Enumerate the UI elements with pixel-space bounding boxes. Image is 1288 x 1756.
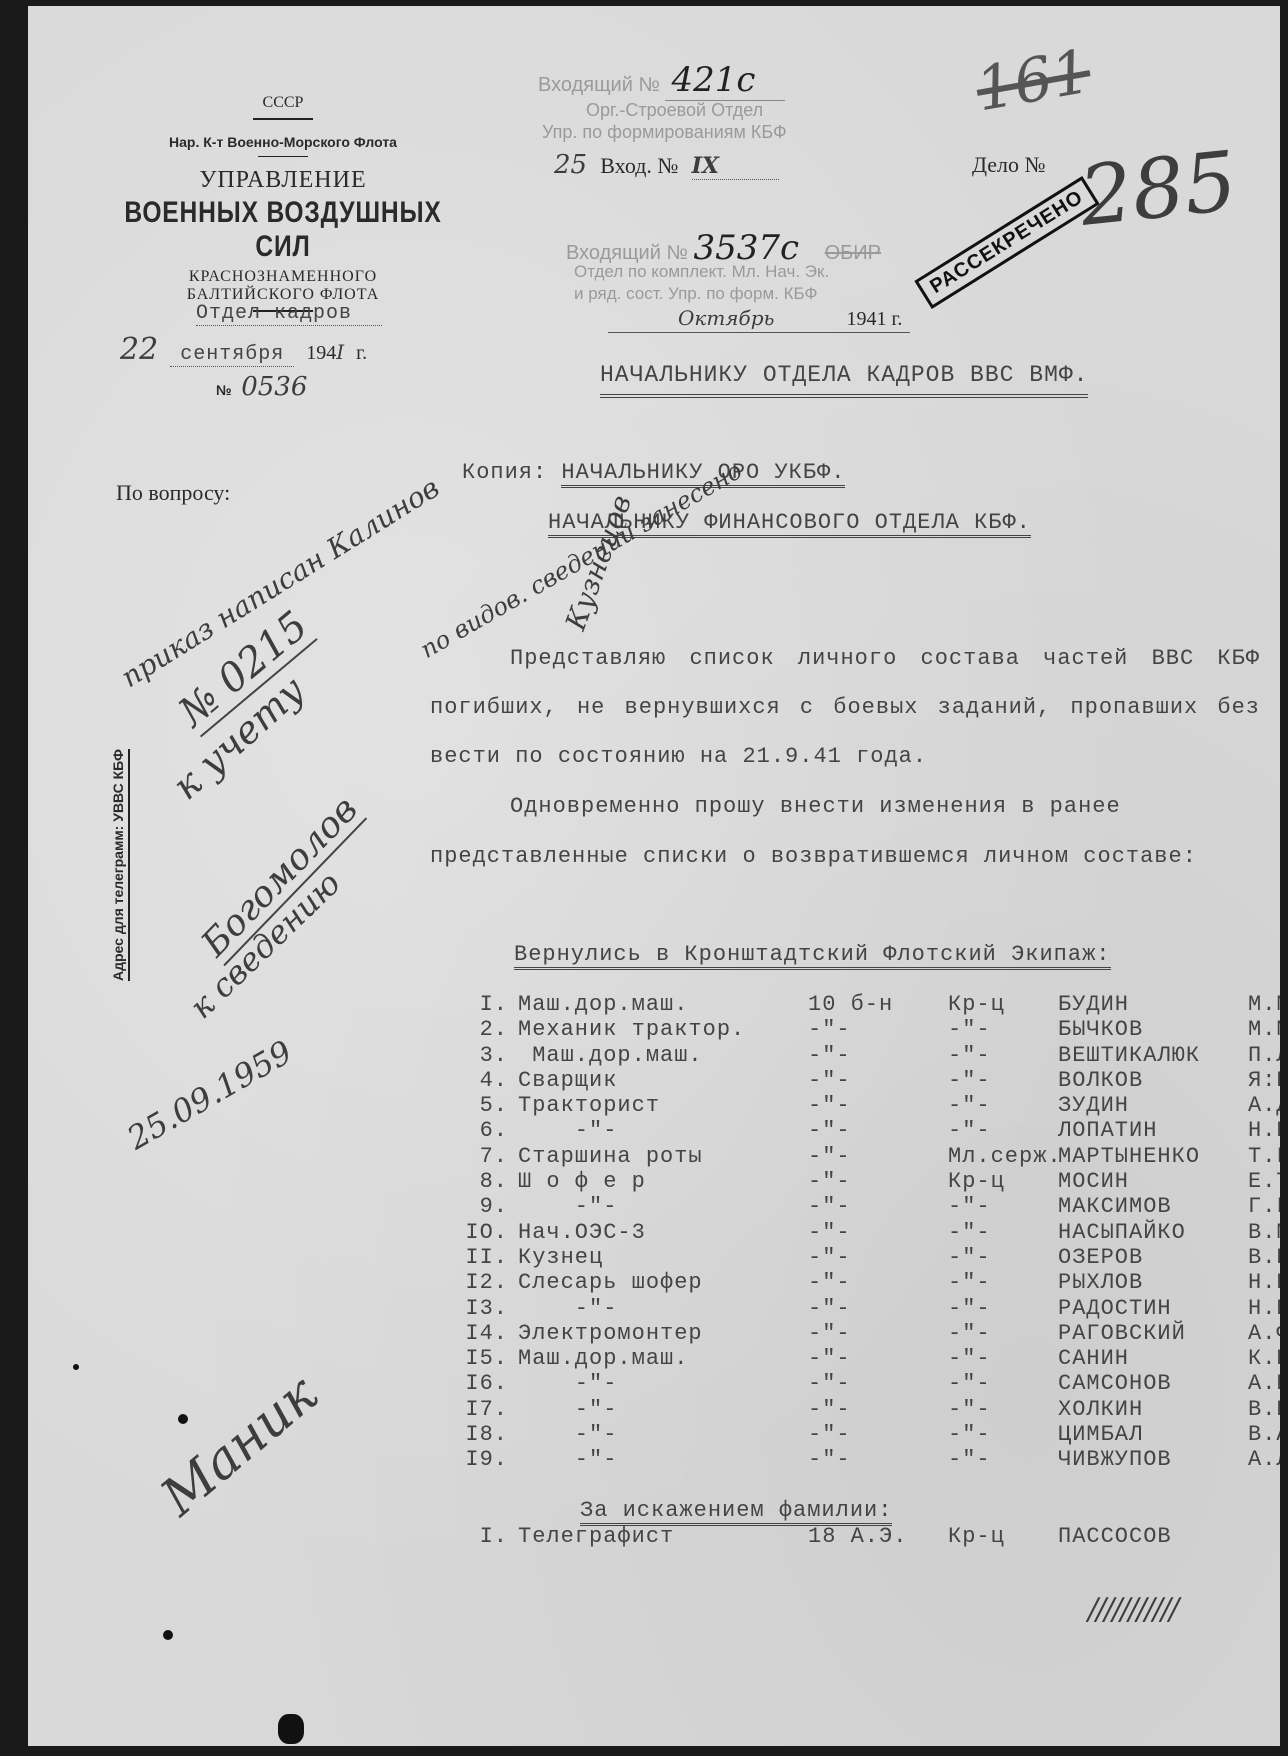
divider bbox=[258, 156, 308, 157]
cell-position: -"- bbox=[518, 1118, 808, 1143]
cell-initials: Н.И. bbox=[1248, 1270, 1280, 1295]
cell-num: 8. bbox=[448, 1169, 518, 1194]
cell-unit: 18 А.Э. bbox=[808, 1524, 948, 1549]
cell-initials: Н.И. bbox=[1248, 1118, 1280, 1143]
binding-hole bbox=[163, 1630, 173, 1640]
body-paragraph-2: Одновременно прошу внести изменения в ра… bbox=[430, 782, 1260, 882]
cell-initials: А.Д. bbox=[1248, 1093, 1280, 1118]
cell-surname: РЫХЛОВ bbox=[1058, 1270, 1248, 1295]
cell-rank: Кр-ц bbox=[948, 992, 1058, 1017]
document-page: СССР Нар. К-т Военно-Морского Флота УПРА… bbox=[28, 6, 1280, 1746]
cell-num: I9. bbox=[448, 1447, 518, 1472]
cell-num: I7. bbox=[448, 1397, 518, 1422]
cell-unit: -"- bbox=[808, 1397, 948, 1422]
end-marks: /////////// bbox=[1088, 1592, 1177, 1627]
letterhead-fleet-line-1: КРАСНОЗНАМЕННОГО bbox=[88, 268, 478, 286]
cell-num: 2. bbox=[448, 1017, 518, 1042]
list-row: I6. -"--"--"-САМСОНОВА.И. bbox=[448, 1371, 1280, 1396]
list-row: 8.Ш о ф е р-"-Кр-цМОСИНЕ.Т. bbox=[448, 1169, 1280, 1194]
cell-surname: ЗУДИН bbox=[1058, 1093, 1248, 1118]
cell-rank: -"- bbox=[948, 1371, 1058, 1396]
letterhead-country: СССР bbox=[88, 94, 478, 112]
number-label: № bbox=[216, 382, 232, 398]
cell-position: -"- bbox=[518, 1397, 808, 1422]
copy-line-1: Копия: НАЧАЛЬНИКУ ОРО УКБФ. bbox=[462, 460, 845, 485]
cell-unit: -"- bbox=[808, 1194, 948, 1219]
cell-unit: -"- bbox=[808, 1270, 948, 1295]
cell-initials: В.И. bbox=[1248, 1397, 1280, 1422]
cell-position: -"- bbox=[518, 1447, 808, 1472]
registration-value: IX bbox=[692, 153, 779, 180]
cell-initials: М.М. bbox=[1248, 992, 1280, 1017]
cell-unit: -"- bbox=[808, 1346, 948, 1371]
list-row: I8. -"--"--"-ЦИМБАЛВ.А. bbox=[448, 1422, 1280, 1447]
cell-num: I4. bbox=[448, 1321, 518, 1346]
cell-num: 9. bbox=[448, 1194, 518, 1219]
cell-unit: -"- bbox=[808, 1043, 948, 1068]
list-row: I3. -"--"--"-РАДОСТИНН.И. bbox=[448, 1296, 1280, 1321]
handwritten-date: 25.09.1959 bbox=[121, 1033, 299, 1158]
list-row: 9. -"--"--"-МАКСИМОВГ.Г. bbox=[448, 1194, 1280, 1219]
incoming-number: 421с bbox=[665, 60, 785, 101]
list-row: I2.Слесарь шофер-"--"-РЫХЛОВН.И. bbox=[448, 1270, 1280, 1295]
cell-unit: 10 б-н bbox=[808, 992, 948, 1017]
cell-num: I8. bbox=[448, 1422, 518, 1447]
cell-initials: П.Л. bbox=[1248, 1043, 1280, 1068]
cell-initials: А.Ф. bbox=[1248, 1321, 1280, 1346]
letterhead-directorate: УПРАВЛЕНИЕ bbox=[88, 167, 478, 194]
stamp-2-month: Октябрь bbox=[608, 306, 834, 330]
cell-rank: Кр-ц bbox=[948, 1524, 1058, 1549]
cell-rank: -"- bbox=[948, 1422, 1058, 1447]
cell-unit: -"- bbox=[808, 1321, 948, 1346]
crossed-text: ОБИР bbox=[825, 242, 881, 264]
incoming-label-2: Входящий № bbox=[566, 242, 688, 264]
list-row: I9. -"--"--"-ЧИВЖУПОВА.Л. bbox=[448, 1447, 1280, 1472]
letterhead-commissariat: Нар. К-т Военно-Морского Флота bbox=[88, 134, 478, 150]
cell-unit: -"- bbox=[808, 1245, 948, 1270]
list-row: 4.Сварщик-"--"-ВОЛКОВЯ:Е. bbox=[448, 1068, 1280, 1093]
list-row: I.Маш.дор.маш.10 б-нКр-цБУДИНМ.М. bbox=[448, 992, 1280, 1017]
department-line: Отдел кадров bbox=[196, 302, 382, 325]
cell-position: -"- bbox=[518, 1371, 808, 1396]
cell-unit: -"- bbox=[808, 1093, 948, 1118]
cell-surname: САМСОНОВ bbox=[1058, 1371, 1248, 1396]
returned-personnel-list: I.Маш.дор.маш.10 б-нКр-цБУДИНМ.М.2.Механ… bbox=[448, 992, 1280, 1473]
cell-position: Маш.дор.маш. bbox=[518, 1043, 808, 1068]
divider bbox=[253, 118, 313, 120]
date-line: 22 сентября 194I г. bbox=[120, 332, 367, 367]
list-row: I7. -"--"--"-ХОЛКИНВ.И. bbox=[448, 1397, 1280, 1422]
section-corrected-title: За искажением фамилии: bbox=[580, 1498, 892, 1526]
incoming-label: Входящий № bbox=[538, 74, 660, 96]
list-row: I.Телеграфист18 А.Э.Кр-цПАССОСОВ bbox=[448, 1524, 1248, 1549]
cell-rank: -"- bbox=[948, 1346, 1058, 1371]
cell-surname: ЛОПАТИН bbox=[1058, 1118, 1248, 1143]
cell-position: Телеграфист bbox=[518, 1524, 808, 1549]
cell-rank: -"- bbox=[948, 1093, 1058, 1118]
registration-line: 25 Вход. № IX bbox=[554, 150, 779, 180]
registration-day: 25 bbox=[554, 150, 587, 180]
cell-unit: -"- bbox=[808, 1371, 948, 1396]
cell-rank: -"- bbox=[948, 1321, 1058, 1346]
cell-surname: МОСИН bbox=[1058, 1169, 1248, 1194]
cell-surname: ВОЛКОВ bbox=[1058, 1068, 1248, 1093]
stamp-1-dept-2: Упр. по формированиям КБФ bbox=[542, 122, 787, 143]
date-year-suffix: I bbox=[336, 340, 344, 364]
cell-num: I6. bbox=[448, 1371, 518, 1396]
cell-rank: -"- bbox=[948, 1194, 1058, 1219]
cell-position: Слесарь шофер bbox=[518, 1270, 808, 1295]
corrected-personnel-list: I.Телеграфист18 А.Э.Кр-цПАССОСОВ bbox=[448, 1524, 1248, 1549]
cell-rank: -"- bbox=[948, 1447, 1058, 1472]
cell-surname: МАКСИМОВ bbox=[1058, 1194, 1248, 1219]
cell-rank: -"- bbox=[948, 1245, 1058, 1270]
registration-label: Вход. № bbox=[600, 153, 678, 178]
cell-rank: -"- bbox=[948, 1397, 1058, 1422]
cell-rank: Кр-ц bbox=[948, 1169, 1058, 1194]
list-row: 3. Маш.дор.маш.-"--"-ВЕШТИКАЛЮКП.Л. bbox=[448, 1043, 1280, 1068]
subject-label: По вопросу: bbox=[116, 480, 230, 506]
cell-initials: В.П. bbox=[1248, 1245, 1280, 1270]
date-day: 22 bbox=[120, 332, 158, 367]
cell-surname: РАДОСТИН bbox=[1058, 1296, 1248, 1321]
stamp-2-date: Октябрь 1941 г. bbox=[608, 306, 910, 333]
cell-num: IO. bbox=[448, 1220, 518, 1245]
cell-unit: -"- bbox=[808, 1422, 948, 1447]
year-label: г. bbox=[356, 342, 367, 364]
cell-unit: -"- bbox=[808, 1169, 948, 1194]
cell-unit: -"- bbox=[808, 1220, 948, 1245]
main-addressee: НАЧАЛЬНИКУ ОТДЕЛА КАДРОВ ВВС ВМФ. bbox=[600, 362, 1088, 398]
cell-rank: -"- bbox=[948, 1296, 1058, 1321]
list-row: 6. -"--"--"-ЛОПАТИНН.И. bbox=[448, 1118, 1280, 1143]
list-row: 7.Старшина роты-"-Мл.серж.МАРТЫНЕНКОТ.Г. bbox=[448, 1144, 1280, 1169]
cell-num: 7. bbox=[448, 1144, 518, 1169]
cell-initials: Я:Е. bbox=[1248, 1068, 1280, 1093]
cell-surname: БУДИН bbox=[1058, 992, 1248, 1017]
letterhead: СССР Нар. К-т Военно-Морского Флота УПРА… bbox=[88, 94, 478, 318]
copy-label: Копия: bbox=[462, 460, 547, 485]
cell-surname: ПАССОСОВ bbox=[1058, 1524, 1248, 1549]
cell-num: I. bbox=[448, 992, 518, 1017]
case-label: Дело № bbox=[972, 152, 1046, 178]
cell-unit: -"- bbox=[808, 1017, 948, 1042]
cell-position: -"- bbox=[518, 1194, 808, 1219]
cell-position: Нач.ОЭС-3 bbox=[518, 1220, 808, 1245]
cell-initials: Г.Г. bbox=[1248, 1194, 1280, 1219]
cell-initials: А.И. bbox=[1248, 1371, 1280, 1396]
cell-initials: М.М. bbox=[1248, 1017, 1280, 1042]
cell-unit: -"- bbox=[808, 1144, 948, 1169]
cell-initials: Н.И. bbox=[1248, 1296, 1280, 1321]
stamp-2-dept-1: Отдел по комплект. Мл. Нач. Эк. bbox=[574, 262, 829, 282]
cell-rank: -"- bbox=[948, 1017, 1058, 1042]
cell-surname: НАСЫПАЙКО bbox=[1058, 1220, 1248, 1245]
declassified-stamp: РАССЕКРЕЧЕНО bbox=[914, 176, 1099, 309]
stamp-2-dept-2: и ряд. сост. Упр. по форм. КБФ bbox=[574, 284, 817, 304]
list-row: I5.Маш.дор.маш.-"--"-САНИНК.И. bbox=[448, 1346, 1280, 1371]
outgoing-number: № 0536 bbox=[216, 372, 307, 402]
cell-initials: К.И. bbox=[1248, 1346, 1280, 1371]
section-returned-title: Вернулись в Кронштадтский Флотский Экипа… bbox=[514, 942, 1111, 970]
cell-position: Ш о ф е р bbox=[518, 1169, 808, 1194]
cell-num: 6. bbox=[448, 1118, 518, 1143]
cell-surname: БЫЧКОВ bbox=[1058, 1017, 1248, 1042]
cell-num: I. bbox=[448, 1524, 518, 1549]
incoming-stamp-1: Входящий № 421с bbox=[538, 60, 785, 100]
cell-unit: -"- bbox=[808, 1447, 948, 1472]
cell-position: Кузнец bbox=[518, 1245, 808, 1270]
cell-position: Тракторист bbox=[518, 1093, 808, 1118]
list-row: II.Кузнец-"--"-ОЗЕРОВВ.П. bbox=[448, 1245, 1280, 1270]
cell-initials: Е.Т. bbox=[1248, 1169, 1280, 1194]
cell-surname: ЧИВЖУПОВ bbox=[1058, 1447, 1248, 1472]
department-name: Отдел кадров bbox=[196, 302, 382, 326]
cell-num: I5. bbox=[448, 1346, 518, 1371]
cell-initials: В.А. bbox=[1248, 1422, 1280, 1447]
cell-position: Электромонтер bbox=[518, 1321, 808, 1346]
cell-surname: ЦИМБАЛ bbox=[1058, 1422, 1248, 1447]
list-row: IO.Нач.ОЭС-3-"--"-НАСЫПАЙКОВ.М. bbox=[448, 1220, 1280, 1245]
cell-rank: -"- bbox=[948, 1043, 1058, 1068]
cell-rank: Мл.серж. bbox=[948, 1144, 1058, 1169]
cell-position: Сварщик bbox=[518, 1068, 808, 1093]
cell-position: Механик трактор. bbox=[518, 1017, 808, 1042]
binding-hole bbox=[178, 1414, 188, 1424]
cell-initials: Т.Г. bbox=[1248, 1144, 1280, 1169]
cell-num: II. bbox=[448, 1245, 518, 1270]
cell-unit: -"- bbox=[808, 1118, 948, 1143]
cell-position: -"- bbox=[518, 1296, 808, 1321]
cell-rank: -"- bbox=[948, 1068, 1058, 1093]
cell-num: 3. bbox=[448, 1043, 518, 1068]
cell-initials: А.Л. bbox=[1248, 1447, 1280, 1472]
cell-unit: -"- bbox=[808, 1068, 948, 1093]
cell-num: 5. bbox=[448, 1093, 518, 1118]
date-month: сентября bbox=[170, 343, 294, 367]
cell-position: Маш.дор.маш. bbox=[518, 992, 808, 1017]
crossed-number: 161 bbox=[971, 37, 1096, 126]
cell-surname: САНИН bbox=[1058, 1346, 1248, 1371]
binding-hole bbox=[278, 1714, 304, 1744]
cell-unit: -"- bbox=[808, 1296, 948, 1321]
list-row: 2.Механик трактор.-"--"-БЫЧКОВМ.М. bbox=[448, 1017, 1280, 1042]
list-row: 5.Тракторист-"--"-ЗУДИНА.Д. bbox=[448, 1093, 1280, 1118]
cell-position: Старшина роты bbox=[518, 1144, 808, 1169]
binding-hole bbox=[73, 1364, 79, 1370]
handwritten-signature-bottom: Маник bbox=[150, 1364, 329, 1528]
cell-surname: МАРТЫНЕНКО bbox=[1058, 1144, 1248, 1169]
cell-num: 4. bbox=[448, 1068, 518, 1093]
cell-rank: -"- bbox=[948, 1270, 1058, 1295]
cell-surname: РАГОВСКИЙ bbox=[1058, 1321, 1248, 1346]
date-year-prefix: 194 bbox=[306, 342, 336, 364]
cell-rank: -"- bbox=[948, 1220, 1058, 1245]
cell-initials: В.М. bbox=[1248, 1220, 1280, 1245]
cell-surname: ВЕШТИКАЛЮК bbox=[1058, 1043, 1248, 1068]
cell-position: -"- bbox=[518, 1422, 808, 1447]
cell-num: I3. bbox=[448, 1296, 518, 1321]
telegram-address: Адрес для телеграмм: УВВС КБФ bbox=[110, 749, 130, 981]
cell-rank: -"- bbox=[948, 1118, 1058, 1143]
stamp-1-dept-1: Орг.-Строевой Отдел bbox=[586, 100, 763, 121]
number-value: 0536 bbox=[241, 372, 307, 402]
cell-surname: ХОЛКИН bbox=[1058, 1397, 1248, 1422]
list-row: I4.Электромонтер-"--"-РАГОВСКИЙА.Ф. bbox=[448, 1321, 1280, 1346]
stamp-2-year: 1941 г. bbox=[846, 308, 902, 330]
letterhead-air-force: ВОЕННЫХ ВОЗДУШНЫХ СИЛ bbox=[123, 196, 443, 264]
case-number: 285 bbox=[1075, 134, 1241, 245]
body-paragraph-1: Представляю список личного состава часте… bbox=[430, 634, 1260, 781]
cell-position: Маш.дор.маш. bbox=[518, 1346, 808, 1371]
cell-surname: ОЗЕРОВ bbox=[1058, 1245, 1248, 1270]
cell-num: I2. bbox=[448, 1270, 518, 1295]
